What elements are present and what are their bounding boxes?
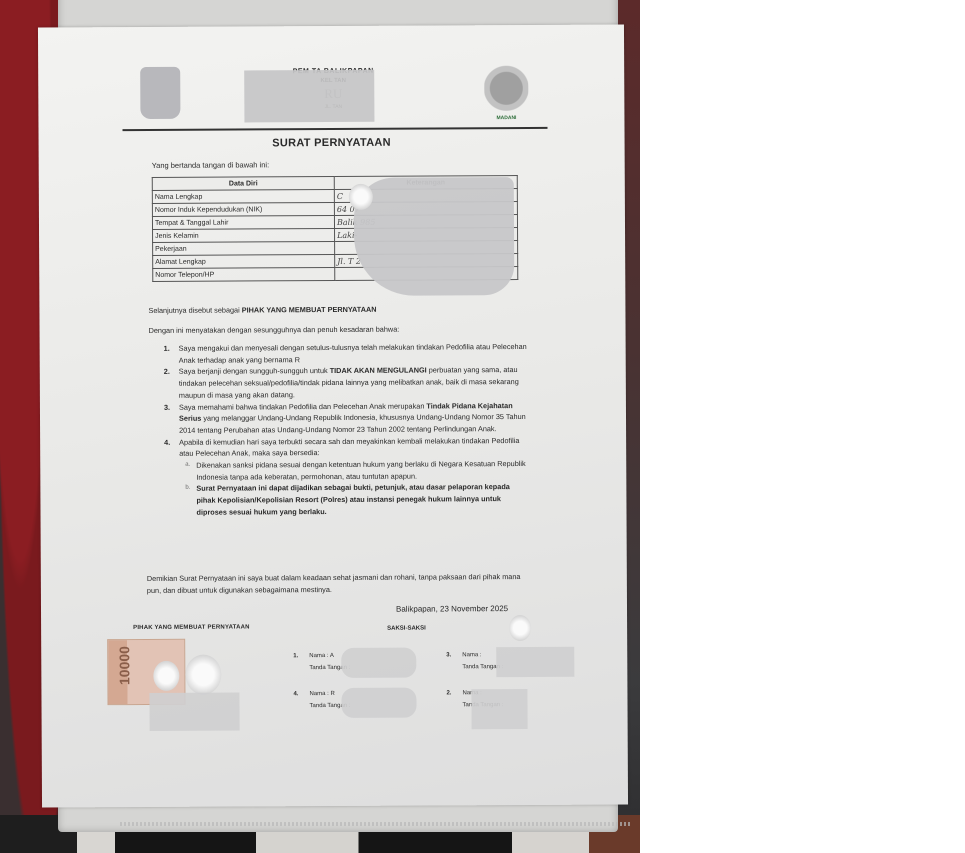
statement-text: R	[295, 355, 300, 364]
document-title: SURAT PERNYATAAN	[39, 135, 625, 150]
document-photo: PEM TA BALIKPAPAN KEL TAN RU JL. TAN MAD…	[0, 0, 640, 853]
witness-name: Nama :	[462, 652, 481, 658]
designation-text: Selanjutnya disebut sebagai PIHAK YANG M…	[148, 303, 524, 316]
witness-name: Nama : A	[309, 653, 334, 659]
field-label: Pekerjaan	[153, 241, 335, 255]
redaction-blur	[509, 615, 531, 641]
field-label: Jenis Kelamin	[153, 228, 335, 242]
statement-item: 4.Apabila di kemudian hari saya terbukti…	[164, 435, 529, 519]
field-label: Tempat & Tanggal Lahir	[152, 215, 334, 229]
city-logo-icon	[140, 67, 180, 119]
field-label: Nomor Telepon/HP	[153, 267, 335, 281]
sub-item-text: Surat Pernyataan ini dapat dijadikan seb…	[196, 483, 509, 517]
witness-number: 4.	[293, 688, 309, 700]
redaction-block	[496, 647, 574, 677]
statement-text: Saya memahami bahwa tindakan Pedofilia d…	[179, 401, 426, 411]
redaction-block	[354, 177, 515, 296]
statement-item: 3.Saya memahami bahwa tindakan Pedofilia…	[164, 399, 529, 436]
redaction-blur	[185, 655, 221, 695]
witness-3: 3.Nama : Tanda Tangan :	[446, 649, 503, 673]
sub-item-text: Dikenakan sanksi pidana sesuai dengan ke…	[196, 459, 525, 481]
field-label: Alamat Lengkap	[153, 254, 335, 268]
statement-item: 2.Saya berjanji dengan sungguh-sungguh u…	[164, 364, 529, 401]
statement-text: Saya berjanji dengan sungguh-sungguh unt…	[179, 366, 330, 376]
letterhead-divider	[122, 127, 547, 131]
place-date: Balikpapan, 23 November 2025	[396, 604, 508, 614]
madani-logo-text: MADANI	[484, 115, 528, 121]
witness-number: 1.	[293, 650, 309, 662]
statement-number: 2.	[164, 366, 170, 378]
redaction-block	[244, 70, 374, 123]
declaration-intro: Dengan ini menyatakan dengan sesungguhny…	[149, 323, 525, 336]
redaction-block	[341, 648, 416, 678]
sub-item-bullet: b.	[185, 483, 190, 495]
designation-prefix: Selanjutnya disebut sebagai	[148, 305, 239, 314]
statement-list: 1.Saya mengakui dan menyesali dengan set…	[164, 341, 530, 518]
statement-text: Saya mengakui dan menyesali dengan setul…	[179, 342, 527, 365]
sub-item: b.Surat Pernyataan ini dapat dijadikan s…	[179, 481, 529, 518]
stamp-value: 10000	[116, 646, 132, 685]
sub-list: a.Dikenakan sanksi pidana sesuai dengan …	[179, 458, 529, 518]
sub-item-bullet: a.	[185, 460, 190, 472]
statement-number: 4.	[164, 436, 170, 448]
statement-text: TIDAK AKAN MENGULANGI	[330, 366, 427, 376]
statement-letter: PEM TA BALIKPAPAN KEL TAN RU JL. TAN MAD…	[38, 24, 628, 807]
closing-text: Demikian Surat Pernyataan ini saya buat …	[147, 571, 527, 597]
intro-text: Yang bertanda tangan di bawah ini:	[152, 160, 269, 170]
field-label: Nomor Induk Kependudukan (NIK)	[152, 202, 334, 216]
statement-text: yang melanggar Undang-Undang Republik In…	[179, 412, 526, 435]
redaction-blur	[153, 661, 179, 691]
statement-number: 3.	[164, 401, 170, 413]
sleeve-perforation	[120, 822, 630, 826]
redaction-blur	[349, 184, 373, 210]
statement-number: 1.	[164, 343, 170, 355]
redaction-block	[341, 688, 416, 718]
statement-text: Apabila di kemudian hari saya terbukti s…	[179, 436, 519, 458]
declarant-signature-title: PIHAK YANG MEMBUAT PERNYATAAN	[133, 624, 250, 631]
witnesses-title: SAKSI-SAKSI	[387, 626, 426, 632]
witness-number: 3.	[446, 649, 462, 661]
witness-number: 2.	[446, 687, 462, 699]
witness-name: Nama : R	[309, 691, 334, 697]
redaction-block	[149, 692, 239, 730]
designation-bold: PIHAK YANG MEMBUAT PERNYATAAN	[242, 305, 377, 315]
sub-item: a.Dikenakan sanksi pidana sesuai dengan …	[179, 458, 529, 483]
redaction-block	[471, 689, 527, 729]
statement-item: 1.Saya mengakui dan menyesali dengan set…	[164, 341, 529, 366]
column-header: Data Diri	[152, 176, 334, 190]
field-label: Nama Lengkap	[152, 189, 334, 203]
